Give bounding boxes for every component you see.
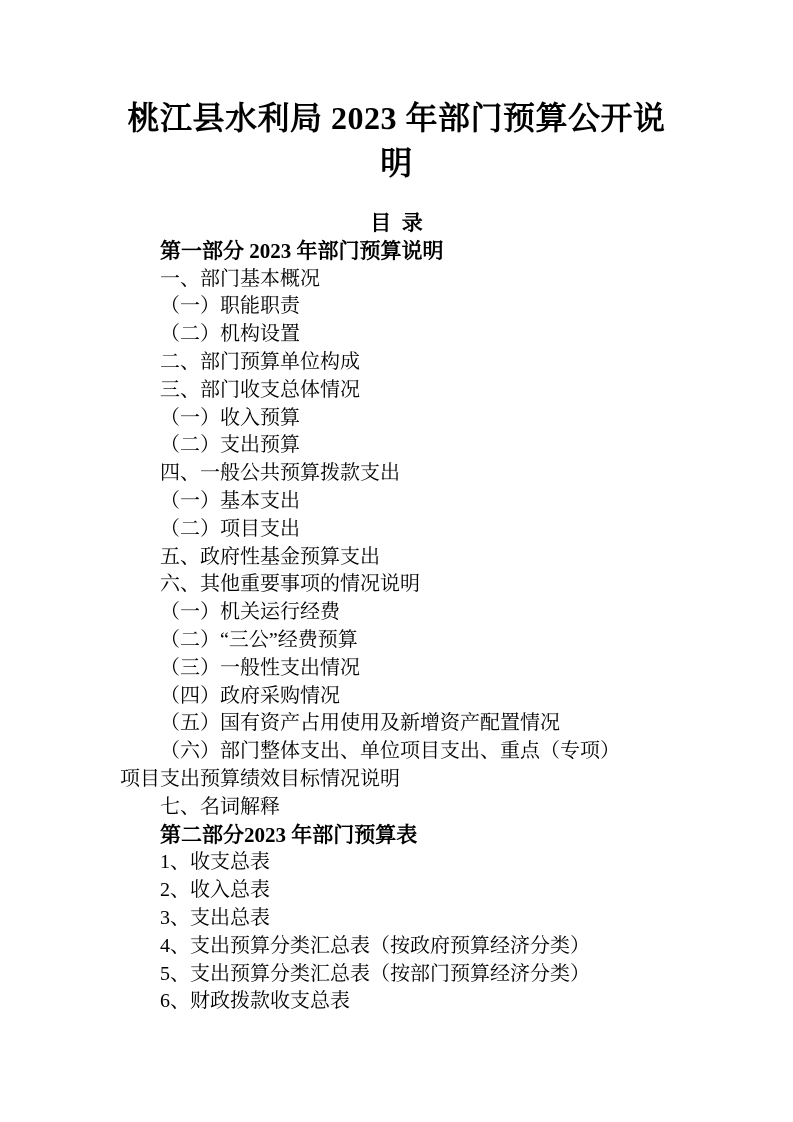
- toc-entry: （二）“三公”经费预算: [120, 627, 673, 655]
- toc-entry: 第一部分 2023 年部门预算说明: [120, 238, 673, 266]
- toc-entry: （三）一般性支出情况: [120, 655, 673, 683]
- toc-entry: 一、部门基本概况: [120, 266, 673, 294]
- toc-entry: 六、其他重要事项的情况说明: [120, 571, 673, 599]
- toc-entry: 三、部门收支总体情况: [120, 377, 673, 405]
- toc-entry: 七、名词解释: [120, 794, 673, 822]
- toc-entry: （一）机关运行经费: [120, 599, 673, 627]
- toc-entry: （二）支出预算: [120, 432, 673, 460]
- toc-entry: 1、收支总表: [120, 849, 673, 877]
- toc-entry: 3、支出总表: [120, 905, 673, 933]
- document-page: 桃江县水利局 2023 年部门预算公开说 明 目 录 第一部分 2023 年部门…: [0, 0, 793, 1122]
- page-content: 桃江县水利局 2023 年部门预算公开说 明 目 录 第一部分 2023 年部门…: [0, 0, 793, 1016]
- toc-entry: 四、一般公共预算拨款支出: [120, 460, 673, 488]
- toc-heading: 目 录: [120, 210, 673, 238]
- toc-entry: （一）职能职责: [120, 293, 673, 321]
- toc-entry: 二、部门预算单位构成: [120, 349, 673, 377]
- toc-entry: （四）政府采购情况: [120, 683, 673, 711]
- toc-entry: （五）国有资产占用使用及新增资产配置情况: [120, 710, 673, 738]
- toc-entry: （二）机构设置: [120, 321, 673, 349]
- toc-entry: 6、财政拨款收支总表: [120, 988, 673, 1016]
- toc-entry: 五、政府性基金预算支出: [120, 544, 673, 572]
- toc-entry: 项目支出预算绩效目标情况说明: [120, 766, 673, 794]
- toc-entry: 4、支出预算分类汇总表（按政府预算经济分类）: [120, 933, 673, 961]
- toc-entry: （一）收入预算: [120, 405, 673, 433]
- document-title: 桃江县水利局 2023 年部门预算公开说 明: [120, 96, 673, 186]
- toc-entry: 第二部分2023 年部门预算表: [120, 822, 673, 850]
- document-title-line-2: 明: [120, 141, 673, 186]
- document-title-line-1: 桃江县水利局 2023 年部门预算公开说: [120, 96, 673, 141]
- toc-entry: （二）项目支出: [120, 516, 673, 544]
- toc-entry: （一）基本支出: [120, 488, 673, 516]
- toc-list: 第一部分 2023 年部门预算说明一、部门基本概况（一）职能职责（二）机构设置二…: [120, 238, 673, 1016]
- toc-entry: （六）部门整体支出、单位项目支出、重点（专项）: [120, 738, 673, 766]
- toc-entry: 5、支出预算分类汇总表（按部门预算经济分类）: [120, 961, 673, 989]
- toc-entry: 2、收入总表: [120, 877, 673, 905]
